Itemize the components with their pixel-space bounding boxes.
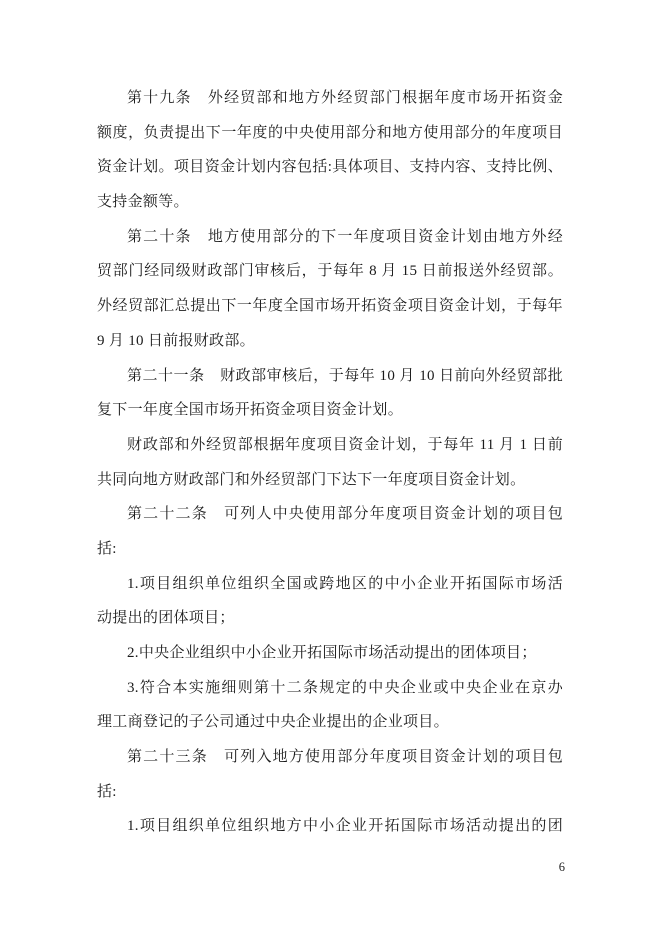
text-line: 理工商登记的子公司通过中央企业提出的企业项目。 [97, 705, 563, 740]
document-body: 第十九条 外经贸部和地方外经贸部门根据年度市场开拓资金额度，负责提出下一年度的中… [97, 81, 563, 844]
text-line: 第二十二条 可列人中央使用部分年度项目资金计划的项目包 [97, 497, 563, 532]
text-line: 第十九条 外经贸部和地方外经贸部门根据年度市场开拓资金 [97, 81, 563, 116]
text-line: 复下一年度全国市场开拓资金项目资金计划。 [97, 393, 563, 428]
text-line: 2.中央企业组织中小企业开拓国际市场活动提出的团体项目； [97, 636, 563, 671]
text-line: 支持金额等。 [97, 185, 563, 220]
text-line: 外经贸部汇总提出下一年度全国市场开拓资金项目资金计划，于每年 [97, 289, 563, 324]
text-line: 括: [97, 775, 563, 810]
page-number: 6 [540, 860, 565, 875]
text-line: 9 月 10 日前报财政部。 [97, 324, 563, 359]
text-line: 动提出的团体项目； [97, 601, 563, 636]
text-line: 括: [97, 532, 563, 567]
text-line: 额度，负责提出下一年度的中央使用部分和地方使用部分的年度项目 [97, 116, 563, 151]
text-line: 资金计划。项目资金计划内容包括:具体项目、支持内容、支持比例、 [97, 150, 563, 185]
text-line: 3.符合本实施细则第十二条规定的中央企业或中央企业在京办 [97, 671, 563, 706]
text-line: 第二十三条 可列入地方使用部分年度项目资金计划的项目包 [97, 740, 563, 775]
text-line: 第二十一条 财政部审核后，于每年 10 月 10 日前向外经贸部批 [97, 359, 563, 394]
text-line: 1.项目组织单位组织地方中小企业开拓国际市场活动提出的团 [97, 809, 563, 844]
document-page: 第十九条 外经贸部和地方外经贸部门根据年度市场开拓资金额度，负责提出下一年度的中… [0, 0, 661, 935]
text-line: 1.项目组织单位组织全国或跨地区的中小企业开拓国际市场活 [97, 567, 563, 602]
text-line: 共同向地方财政部门和外经贸部门下达下一年度项目资金计划。 [97, 463, 563, 498]
text-line: 财政部和外经贸部根据年度项目资金计划，于每年 11 月 1 日前 [97, 428, 563, 463]
text-line: 贸部门经同级财政部门审核后，于每年 8 月 15 日前报送外经贸部。 [97, 254, 563, 289]
text-line: 第二十条 地方使用部分的下一年度项目资金计划由地方外经 [97, 220, 563, 255]
